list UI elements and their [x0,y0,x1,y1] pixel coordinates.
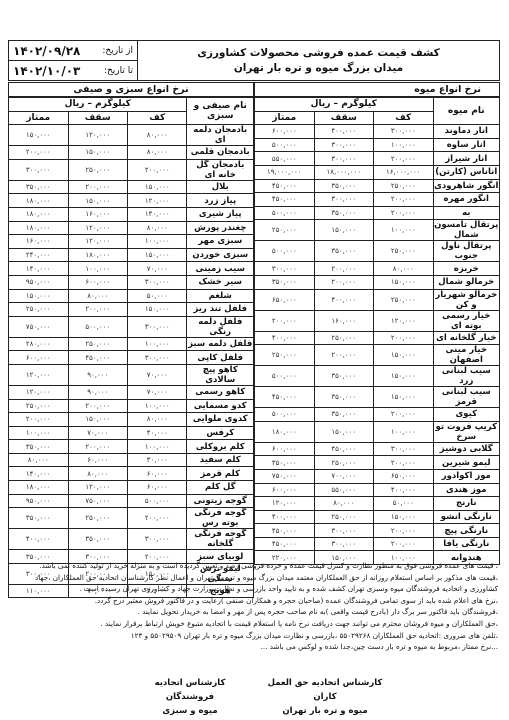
table-row: فلفل دلمه رنگی۳۰۰,۰۰۰۵۰۰,۰۰۰۷۵۰,۰۰۰ [9,316,254,337]
premium-price: ۲۵۰,۰۰۰ [255,345,315,366]
min-price: ۲۵۰,۰۰۰ [374,241,434,262]
notes-section: ، قیمت های عمده فروشی فوق به منظور نظارت… [8,560,498,653]
min-price: ۲۰۰,۰۰۰ [374,193,434,207]
note-line: ،نرخ های اعلام شده باید از سوی تمامی فرو… [8,595,498,607]
note-line: ،حق العملکاران و میوه فروشان محترم می تو… [8,618,498,630]
min-price: ۱۰۰,۰۰۰ [374,220,434,241]
premium-price: ۴۵۰,۰۰۰ [255,179,315,193]
min-price: ۷۰,۰۰۰ [128,364,187,385]
premium-price: ۲۵۰,۰۰۰ [9,399,69,413]
max-price: ۱۵۰,۰۰۰ [68,413,128,427]
premium-price: ۵۰۰,۰۰۰ [255,206,315,220]
table-row: کرفس۴۰,۰۰۰۷۰,۰۰۰۱۰۰,۰۰۰ [9,426,254,440]
table-row: بادمجان گل خانه ای۲۰۰,۰۰۰۲۵۰,۰۰۰۳۰۰,۰۰۰ [9,159,254,180]
table-row: چغندر پورش۸۰,۰۰۰۱۲۰,۰۰۰۱۸۰,۰۰۰ [9,221,254,235]
item-name: فلفل دلمه سبز [187,337,254,351]
premium-price: ۵۰۰,۰۰۰ [255,241,315,262]
min-price: ۳۰,۰۰۰ [128,453,187,467]
table-row: انار ساوه۱۰۰,۰۰۰۳۰۰,۰۰۰۵۰۰,۰۰۰ [255,138,500,152]
max-price: ۹۰,۰۰۰ [68,364,128,385]
premium-price: ۱۰۰,۰۰۰ [9,426,69,440]
table-row: انار دماوند۳۰۰,۰۰۰۴۰۰,۰۰۰۶۰۰,۰۰۰ [255,125,500,139]
item-name: بادمجان دلمه ای [187,125,254,146]
min-price: ۱۵۰,۰۰۰ [128,248,187,262]
premium-price: ۲۵۰,۰۰۰ [255,220,315,241]
premium-price: ۱۲۰,۰۰۰ [9,385,69,399]
item-name: انار دماوند [433,125,499,139]
item-name: پیاز شیری [187,207,254,221]
item-name: لیمو شیرین [433,456,499,470]
item-name: کلم سفید [187,453,254,467]
item-name: فلفل کاپی [187,351,254,365]
price-tables: نرخ انواع میوه نرخ انواع سبزی و صیفی نام… [8,82,500,598]
min-price: ۱۵۰,۰۰۰ [128,303,187,317]
item-name: موز هندی [433,483,499,497]
item-name: بادمجان گل خانه ای [187,159,254,180]
fruit-price-table: نام میوه کیلوگرم – ریال کف سقف ممتاز انا… [254,97,500,565]
item-name: نارنگی یافا [433,537,499,551]
table-row: کلم سفید۳۰,۰۰۰۶۰,۰۰۰۸۰,۰۰۰ [9,453,254,467]
item-name: بادمجان قلمی [187,146,254,160]
item-name: شلغم [187,289,254,303]
item-name: سیب لبنانی زرد [433,366,499,387]
table-row: انار شیراز۲۰۰,۰۰۰۳۰۰,۰۰۰۵۵۰,۰۰۰ [255,152,500,166]
item-name: انگور شاهرودی [433,179,499,193]
item-name: کلم بروکلی [187,440,254,454]
premium-price: ۲۵۰,۰۰۰ [9,303,69,317]
min-price: ۱۰۰,۰۰۰ [374,421,434,442]
max-price: ۳۵۰,۰۰۰ [314,408,374,422]
item-name: نارنگی پیچ [433,524,499,538]
signature-subtitle: میوه و تره بار تهران [260,704,390,718]
item-name: اناناس (کارتن) [433,165,499,179]
min-price: ۴۰,۰۰۰ [128,426,187,440]
table-row: پرتقال تامسون شمال۱۰۰,۰۰۰۱۵۰,۰۰۰۲۵۰,۰۰۰ [255,220,500,241]
min-price: ۸۰,۰۰۰ [374,262,434,276]
item-name: خیار گلخانه ای [433,331,499,345]
min-price: ۳۰۰,۰۰۰ [374,442,434,456]
max-price: ۳۵۰,۰۰۰ [314,206,374,220]
max-price: ۱۸۰,۰۰۰ [68,248,128,262]
min-price: ۱۵۰,۰۰۰ [374,510,434,524]
premium-price: ۴۵۰,۰۰۰ [255,193,315,207]
max-price: ۱۲۰,۰۰۰ [68,235,128,249]
note-line: ...نرخ ممتاز ،مربوط به میوه و تره بار دس… [8,641,498,653]
premium-price: ۶۰۰,۰۰۰ [9,351,69,365]
premium-price: ۱۲۰,۰۰۰ [255,497,315,511]
table-row: شلغم۵۰,۰۰۰۸۰,۰۰۰۱۵۰,۰۰۰ [9,289,254,303]
premium-price: ۳۵۰,۰۰۰ [255,275,315,289]
min-price: ۳۰۰,۰۰۰ [128,316,187,337]
min-price: ۷۰,۰۰۰ [128,385,187,399]
title-line-1: کشف قیمت عمده فروشی محصولات کشاورزی [138,46,499,61]
min-price: ۳۰۰,۰۰۰ [374,125,434,139]
min-price: ۲۰۰,۰۰۰ [374,456,434,470]
premium-price: ۹۵۰,۰۰۰ [9,275,69,289]
premium-price: ۶۵۰,۰۰۰ [255,289,315,310]
veg-min-header: کف [128,111,187,125]
max-price: ۴۰۰,۰۰۰ [314,289,374,310]
max-price: ۲۰۰,۰۰۰ [314,345,374,366]
max-price: ۱۵۰,۰۰۰ [314,421,374,442]
premium-price: ۲۰۰,۰۰۰ [9,146,69,160]
max-price: ۳۰۰,۰۰۰ [314,193,374,207]
min-price: ۱۰۰,۰۰۰ [128,440,187,454]
signature-title: کارشناس اتحادیه حق العمل کاران [260,676,390,704]
table-row: به۲۰۰,۰۰۰۳۵۰,۰۰۰۵۰۰,۰۰۰ [255,206,500,220]
premium-price: ۳۵۰,۰۰۰ [9,440,69,454]
to-date-label: تا تاریخ: [104,66,133,76]
max-price: ۲۵۰,۰۰۰ [68,508,128,529]
premium-price: ۴۰۰,۰۰۰ [255,510,315,524]
table-row: پرتقال ناول جنوب۲۵۰,۰۰۰۳۵۰,۰۰۰۵۰۰,۰۰۰ [255,241,500,262]
min-price: ۸۰,۰۰۰ [128,221,187,235]
premium-price: ۳۵۰,۰۰۰ [9,508,69,529]
min-price: ۱۰۰,۰۰۰ [128,399,187,413]
table-row: خیار گلخانه ای۲۰۰,۰۰۰۲۵۰,۰۰۰۴۰۰,۰۰۰ [255,331,500,345]
table-row: پیاز شیری۱۴۰,۰۰۰۱۶۰,۰۰۰۱۸۰,۰۰۰ [9,207,254,221]
item-name: انار ساوه [433,138,499,152]
item-name: گل کلم [187,481,254,495]
item-name: گوجه فرنگی گلخانه [187,529,254,550]
min-price: ۲۵۰,۰۰۰ [374,179,434,193]
premium-price: ۳۰۰,۰۰۰ [255,262,315,276]
min-price: ۵۰,۰۰۰ [128,289,187,303]
premium-price: ۱۹,۰۰۰,۰۰۰ [255,165,315,179]
min-price: ۲۰۰,۰۰۰ [128,159,187,180]
vegetable-price-table: نام صیفی و سبزی کیلوگرم – ریال کف سقف مم… [8,97,254,598]
premium-price: ۶۰۰,۰۰۰ [255,442,315,456]
table-row: سبزی مهر۱۰۰,۰۰۰۱۲۰,۰۰۰۱۶۰,۰۰۰ [9,235,254,249]
fruit-max-header: سقف [314,111,374,125]
to-date-value: ۱۴۰۲/۱۰/۰۳ [13,64,80,78]
signature-title: کارشناس اتحادیه فروشندگان [130,676,250,704]
max-price: ۱۵۰,۰۰۰ [68,194,128,208]
table-row: فلفل کاپی۳۰۰,۰۰۰۴۵۰,۰۰۰۶۰۰,۰۰۰ [9,351,254,365]
max-price: ۲۰۰,۰۰۰ [68,440,128,454]
max-price: ۱۲۰,۰۰۰ [68,481,128,495]
max-price: ۳۰۰,۰۰۰ [314,524,374,538]
min-price: ۱۲۰,۰۰۰ [128,194,187,208]
premium-price: ۹۵۰,۰۰۰ [9,494,69,508]
premium-price: ۳۰۰,۰۰۰ [9,159,69,180]
premium-price: ۱۲۰,۰۰۰ [9,364,69,385]
premium-price: ۴۵۰,۰۰۰ [255,387,315,408]
premium-price: ۴۰۰,۰۰۰ [255,331,315,345]
max-price: ۶۰,۰۰۰ [68,453,128,467]
table-row: خیار مینی اصفهان۱۵۰,۰۰۰۲۰۰,۰۰۰۲۵۰,۰۰۰ [255,345,500,366]
min-price: ۳۰۰,۰۰۰ [128,275,187,289]
premium-price: ۱۸۰,۰۰۰ [9,194,69,208]
item-name: کدو مسمایی [187,399,254,413]
table-row: کریپ فروت تو سرخ۱۰۰,۰۰۰۱۵۰,۰۰۰۱۸۰,۰۰۰ [255,421,500,442]
veg-unit-header: کیلوگرم – ریال [9,98,187,112]
max-price: ۳۵۰,۰۰۰ [314,387,374,408]
table-row: سبزی خوردن۱۵۰,۰۰۰۱۸۰,۰۰۰۲۴۰,۰۰۰ [9,248,254,262]
max-price: ۳۰۰,۰۰۰ [314,537,374,551]
max-price: ۱۶۰,۰۰۰ [68,207,128,221]
table-row: گوجه فرنگی گلخانه۳۰۰,۰۰۰۳۵۰,۰۰۰۴۰۰,۰۰۰ [9,529,254,550]
item-name: سبزی خوردن [187,248,254,262]
item-name: گوجه فرنگی بوته رس [187,508,254,529]
max-price: ۲۵۰,۰۰۰ [314,331,374,345]
max-price: ۳۵۰,۰۰۰ [314,366,374,387]
signature-commission-agents: کارشناس اتحادیه حق العمل کاران میوه و تر… [260,676,390,718]
premium-price: ۴۰۰,۰۰۰ [9,529,69,550]
premium-price: ۱۸۰,۰۰۰ [255,421,315,442]
table-row: گل کلم۶۰,۰۰۰۱۲۰,۰۰۰۱۸۰,۰۰۰ [9,481,254,495]
item-name: سیب زمینی [187,262,254,276]
premium-price: ۵۵۰,۰۰۰ [255,152,315,166]
premium-price: ۵۰۰,۰۰۰ [255,138,315,152]
premium-price: ۱۶۰,۰۰۰ [9,235,69,249]
from-date-value: ۱۴۰۲/۰۹/۲۸ [13,44,80,58]
premium-price: ۱۴۰,۰۰۰ [9,262,69,276]
min-price: ۶۰,۰۰۰ [128,467,187,481]
premium-price: ۵۰۰,۰۰۰ [255,366,315,387]
note-line: ،تلفن های ضروری :اتحادیه حق العملکاران ۵… [8,630,498,642]
min-price: ۳۰۰,۰۰۰ [128,529,187,550]
premium-price: ۱۸۰,۰۰۰ [9,221,69,235]
signature-sellers-union: کارشناس اتحادیه فروشندگان میوه و سبزی [130,676,250,718]
premium-price: ۵۰۰,۰۰۰ [255,408,315,422]
max-price: ۲۵۰,۰۰۰ [314,510,374,524]
veg-premium-header: ممتاز [9,111,69,125]
fruit-unit-header: کیلوگرم – ریال [255,98,434,112]
fruit-min-header: کف [374,111,434,125]
max-price: ۳۰۰,۰۰۰ [314,138,374,152]
table-row: موز اکوادور۶۵۰,۰۰۰۷۰۰,۰۰۰۷۵۰,۰۰۰ [255,469,500,483]
premium-price: ۱۸۰,۰۰۰ [9,481,69,495]
min-price: ۲۰۰,۰۰۰ [374,524,434,538]
min-price: ۴۰۰,۰۰۰ [374,483,434,497]
min-price: ۸۰,۰۰۰ [128,413,187,427]
min-price: ۱۵۰,۰۰۰ [374,345,434,366]
max-price: ۲۰۰,۰۰۰ [68,180,128,194]
note-line: ،فروشندگان باید فاکتور سر برگ دار (بادرج… [8,606,498,618]
max-price: ۲۵۰,۰۰۰ [314,456,374,470]
fruit-section-title: نرخ انواع میوه [254,82,500,97]
max-price: ۲۵۰,۰۰۰ [68,337,128,351]
max-price: ۲۰۰,۰۰۰ [68,399,128,413]
item-name: سیر خشک [187,275,254,289]
veg-section-title: نرخ انواع سبزی و صیفی [8,82,254,97]
table-row: بادمجان قلمی۸۰,۰۰۰۱۵۰,۰۰۰۲۰۰,۰۰۰ [9,146,254,160]
max-price: ۳۰۰,۰۰۰ [314,152,374,166]
min-price: ۶۵۰,۰۰۰ [374,469,434,483]
table-row: سیر خشک۳۰۰,۰۰۰۶۰۰,۰۰۰۹۵۰,۰۰۰ [9,275,254,289]
premium-price: ۲۰۰,۰۰۰ [9,413,69,427]
item-name: کیوی [433,408,499,422]
item-name: کاهو پیچ سالادی [187,364,254,385]
premium-price: ۲۴۰,۰۰۰ [9,248,69,262]
min-price: ۳۰۰,۰۰۰ [128,351,187,365]
table-row: گوجه فرنگی بوته رس۲۰۰,۰۰۰۲۵۰,۰۰۰۳۵۰,۰۰۰ [9,508,254,529]
item-name: کاهو رسمی [187,385,254,399]
min-price: ۱۵۰,۰۰۰ [128,180,187,194]
item-name: فلفل تند ریز [187,303,254,317]
max-price: ۵۰۰,۰۰۰ [68,316,128,337]
item-name: خیار رسمی بوته ای [433,310,499,331]
item-name: کریپ فروت تو سرخ [433,421,499,442]
min-price: ۲۰۰,۰۰۰ [374,206,434,220]
premium-price: ۱۵۰,۰۰۰ [9,125,69,146]
max-price: ۱۰۰,۰۰۰ [68,262,128,276]
fruit-name-header: نام میوه [433,98,499,125]
table-row: انگور شاهرودی۲۵۰,۰۰۰۳۵۰,۰۰۰۴۵۰,۰۰۰ [255,179,500,193]
item-name: چغندر پورش [187,221,254,235]
min-price: ۲۰۰,۰۰۰ [374,537,434,551]
min-price: ۲۰۰,۰۰۰ [374,331,434,345]
min-price: ۱۲۰,۰۰۰ [374,310,434,331]
item-name: نارنگی انشو [433,510,499,524]
min-price: ۱۵۰,۰۰۰ [374,366,434,387]
table-row: کاهو رسمی۷۰,۰۰۰۹۰,۰۰۰۱۲۰,۰۰۰ [9,385,254,399]
table-row: نارنگی یافا۲۰۰,۰۰۰۳۰۰,۰۰۰۴۵۰,۰۰۰ [255,537,500,551]
signatures: کارشناس اتحادیه حق العمل کاران میوه و تر… [0,676,509,716]
max-price: ۳۵۰,۰۰۰ [68,529,128,550]
header-table: کشف قیمت عمده فروشی محصولات کشاورزی میدا… [8,40,500,81]
item-name: گوجه زیتونی [187,494,254,508]
table-row: بلال۱۵۰,۰۰۰۲۰۰,۰۰۰۳۵۰,۰۰۰ [9,180,254,194]
item-name: انگور مهره [433,193,499,207]
item-name: کدوی ملوایی [187,413,254,427]
max-price: ۳۵۰,۰۰۰ [314,241,374,262]
table-row: سیب زمینی۷۰,۰۰۰۱۰۰,۰۰۰۱۴۰,۰۰۰ [9,262,254,276]
min-price: ۷۰,۰۰۰ [128,262,187,276]
price-sheet: کشف قیمت عمده فروشی محصولات کشاورزی میدا… [8,40,500,81]
min-price: ۱۴۰,۰۰۰ [128,207,187,221]
table-row: نارنگی پیچ۲۰۰,۰۰۰۳۰۰,۰۰۰۴۵۰,۰۰۰ [255,524,500,538]
min-price: ۲۰۰,۰۰۰ [128,508,187,529]
max-price: ۲۵۰,۰۰۰ [68,159,128,180]
max-price: ۴۰۰,۰۰۰ [314,125,374,139]
item-name: کلم قرمز [187,467,254,481]
max-price: ۷۰,۰۰۰ [68,426,128,440]
veg-name-header: نام صیفی و سبزی [187,98,254,125]
title-line-2: میدان بزرگ میوه و تره بار تهران [138,61,499,76]
premium-price: ۷۵۰,۰۰۰ [255,469,315,483]
table-row: خربزه۸۰,۰۰۰۲۰۰,۰۰۰۳۰۰,۰۰۰ [255,262,500,276]
item-name: پرتقال تامسون شمال [433,220,499,241]
item-name: خربزه [433,262,499,276]
max-price: ۱۲۰,۰۰۰ [68,221,128,235]
table-row: بادمجان دلمه ای۸۰,۰۰۰۱۲۰,۰۰۰۱۵۰,۰۰۰ [9,125,254,146]
premium-price: ۱۸۰,۰۰۰ [9,207,69,221]
table-row: خرمالو شهریار و کن۲۵۰,۰۰۰۴۰۰,۰۰۰۶۵۰,۰۰۰ [255,289,500,310]
note-line: ، قیمت های عمده فروشی فوق به منظور نظارت… [8,560,498,572]
table-row: خیار رسمی بوته ای۱۲۰,۰۰۰۱۶۰,۰۰۰۲۰۰,۰۰۰ [255,310,500,331]
table-row: کلم قرمز۶۰,۰۰۰۸۰,۰۰۰۱۴۰,۰۰۰ [9,467,254,481]
table-row: اناناس (کارتن)۱۶,۰۰۰,۰۰۰۱۸,۰۰۰,۰۰۰۱۹,۰۰۰… [255,165,500,179]
table-row: کیوی۲۰۰,۰۰۰۳۵۰,۰۰۰۵۰۰,۰۰۰ [255,408,500,422]
premium-price: ۱۴۰,۰۰۰ [9,467,69,481]
premium-price: ۷۵۰,۰۰۰ [9,316,69,337]
premium-price: ۶۰۰,۰۰۰ [255,483,315,497]
table-row: انگور مهره۲۰۰,۰۰۰۳۰۰,۰۰۰۴۵۰,۰۰۰ [255,193,500,207]
table-row: سیب لبنانی زرد۱۵۰,۰۰۰۳۵۰,۰۰۰۵۰۰,۰۰۰ [255,366,500,387]
max-price: ۷۰۰,۰۰۰ [314,469,374,483]
table-row: کلم بروکلی۱۰۰,۰۰۰۲۰۰,۰۰۰۳۵۰,۰۰۰ [9,440,254,454]
table-row: خرمالو شمال۱۵۰,۰۰۰۲۰۰,۰۰۰۳۵۰,۰۰۰ [255,275,500,289]
max-price: ۱۸,۰۰۰,۰۰۰ [314,165,374,179]
min-price: ۸۰,۰۰۰ [128,146,187,160]
item-name: به [433,206,499,220]
max-price: ۱۲۰,۰۰۰ [68,125,128,146]
max-price: ۷۵۰,۰۰۰ [68,494,128,508]
max-price: ۸۰,۰۰۰ [68,467,128,481]
max-price: ۱۶۰,۰۰۰ [314,310,374,331]
min-price: ۵۰,۰۰۰ [374,497,434,511]
item-name: پیاز زرد [187,194,254,208]
item-name: سیب لبنانی قرمز [433,387,499,408]
min-price: ۸۰,۰۰۰ [128,125,187,146]
max-price: ۱۵۰,۰۰۰ [68,146,128,160]
min-price: ۲۰۰,۰۰۰ [374,408,434,422]
item-name: کرفس [187,426,254,440]
table-row: پیاز زرد۱۲۰,۰۰۰۱۵۰,۰۰۰۱۸۰,۰۰۰ [9,194,254,208]
min-price: ۱۵۰,۰۰۰ [374,387,434,408]
max-price: ۸۰,۰۰۰ [314,497,374,511]
premium-price: ۴۵۰,۰۰۰ [255,537,315,551]
table-row: کدو مسمایی۱۰۰,۰۰۰۲۰۰,۰۰۰۲۵۰,۰۰۰ [9,399,254,413]
item-name: خرمالو شمال [433,275,499,289]
signature-subtitle: میوه و سبزی [130,704,250,718]
table-row: سیب لبنانی قرمز۱۵۰,۰۰۰۳۵۰,۰۰۰۴۵۰,۰۰۰ [255,387,500,408]
min-price: ۲۰۰,۰۰۰ [374,152,434,166]
min-price: ۱۰۰,۰۰۰ [128,235,187,249]
max-price: ۴۵۰,۰۰۰ [68,351,128,365]
premium-price: ۱۵۰,۰۰۰ [9,289,69,303]
min-price: ۱۶,۰۰۰,۰۰۰ [374,165,434,179]
max-price: ۸۰,۰۰۰ [68,289,128,303]
item-name: انار شیراز [433,152,499,166]
min-price: ۵۰۰,۰۰۰ [128,494,187,508]
table-row: نارنگی انشو۱۵۰,۰۰۰۲۵۰,۰۰۰۴۰۰,۰۰۰ [255,510,500,524]
document-title: کشف قیمت عمده فروشی محصولات کشاورزی میدا… [138,41,500,81]
premium-price: ۳۵۰,۰۰۰ [9,180,69,194]
max-price: ۳۵۰,۰۰۰ [314,179,374,193]
from-date-label: از تاریخ: [102,46,133,56]
item-name: فلفل دلمه رنگی [187,316,254,337]
table-row: فلفل دلمه سبز۱۰۰,۰۰۰۲۵۰,۰۰۰۲۸۰,۰۰۰ [9,337,254,351]
item-name: گلابی دوشیز [433,442,499,456]
max-price: ۲۰۰,۰۰۰ [68,303,128,317]
veg-max-header: سقف [68,111,128,125]
premium-price: ۲۰۰,۰۰۰ [255,310,315,331]
note-line: ،قیمت های مذکور بر اساس استعلام روزانه ا… [8,572,498,595]
max-price: ۶۰۰,۰۰۰ [68,275,128,289]
max-price: ۴۵۰,۰۰۰ [314,442,374,456]
table-row: گلابی دوشیز۳۰۰,۰۰۰۴۵۰,۰۰۰۶۰۰,۰۰۰ [255,442,500,456]
max-price: ۱۵۰,۰۰۰ [314,220,374,241]
table-row: فلفل تند ریز۱۵۰,۰۰۰۲۰۰,۰۰۰۲۵۰,۰۰۰ [9,303,254,317]
item-name: بلال [187,180,254,194]
table-row: نارنج۵۰,۰۰۰۸۰,۰۰۰۱۲۰,۰۰۰ [255,497,500,511]
min-price: ۱۰۰,۰۰۰ [128,337,187,351]
fruit-premium-header: ممتاز [255,111,315,125]
premium-price: ۸۰,۰۰۰ [9,453,69,467]
item-name: خرمالو شهریار و کن [433,289,499,310]
min-price: ۶۰,۰۰۰ [128,481,187,495]
premium-price: ۶۰۰,۰۰۰ [255,125,315,139]
item-name: خیار مینی اصفهان [433,345,499,366]
table-row: کاهو پیچ سالادی۷۰,۰۰۰۹۰,۰۰۰۱۲۰,۰۰۰ [9,364,254,385]
premium-price: ۲۸۰,۰۰۰ [9,337,69,351]
max-price: ۲۰۰,۰۰۰ [314,262,374,276]
min-price: ۲۵۰,۰۰۰ [374,289,434,310]
table-row: موز هندی۴۰۰,۰۰۰۵۵۰,۰۰۰۶۰۰,۰۰۰ [255,483,500,497]
